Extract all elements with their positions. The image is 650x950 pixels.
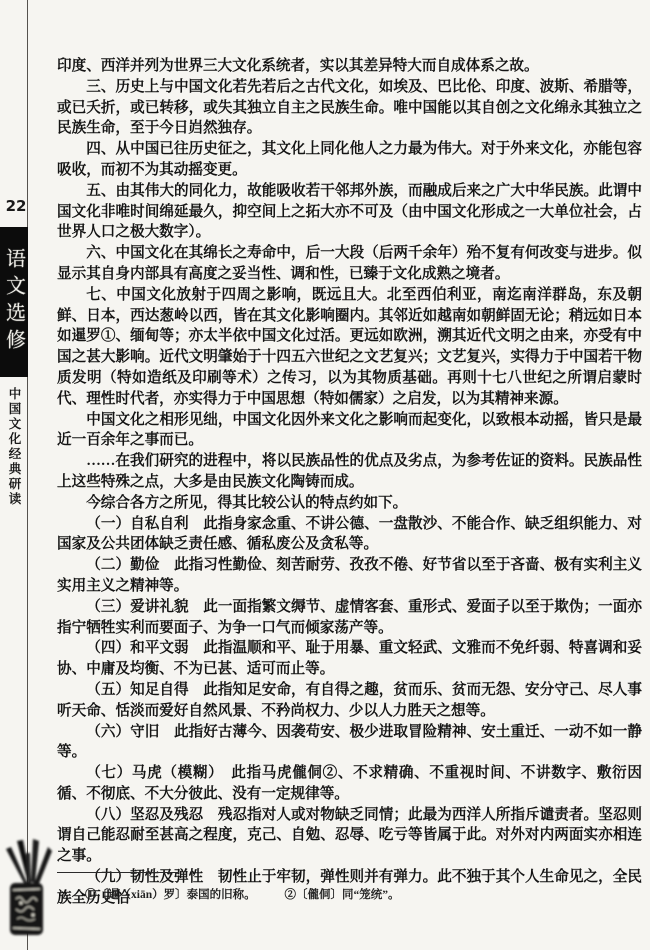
paragraph: 七、中国文化放射于四周之影响，既远且大。北至西伯利亚，南迄南洋群岛，东及朝鲜、日… <box>57 285 642 410</box>
paragraph: 四、从中国已往历史征之，其文化上同化他人之力最为伟大。对于外来文化，亦能包容吸收… <box>57 139 642 181</box>
footnote-2: ②〔儱侗〕同“笼统”。 <box>284 889 399 901</box>
list-item-paragraph: （七）马虎（模糊） 此指马虎儱侗②、不求精确、不重视时间、不讲数字、敷衍因循、不… <box>57 763 642 805</box>
body-text: 印度、西洋并列为世界三大文化系统者，实以其差异特大而自成体系之故。 三、历史上与… <box>57 56 642 909</box>
series-title-vertical-text: 语文选修 <box>0 248 29 356</box>
book-title-vertical-text: 中国文化经典研读 <box>0 384 28 510</box>
paragraph: 印度、西洋并列为世界三大文化系统者，实以其差异特大而自成体系之故。 <box>57 56 642 77</box>
brush-pot-illustration-icon <box>0 833 54 941</box>
footnote-1: ①〔暹（xiān）罗〕泰国的旧称。 <box>85 889 256 901</box>
list-item-paragraph: （六）守旧 此指好古薄今、因袭苟安、极少进取冒险精神、安土重迁、一动不如一静等。 <box>57 722 642 764</box>
scanned-textbook-page: 22 语文选修 中国文化经典研读 <box>0 0 650 950</box>
list-item-paragraph: （三）爱讲礼貌 此一面指繁文缛节、虚情客套、重形式、爱面子以至于欺伪；一面亦指宁… <box>57 597 642 639</box>
series-title-box: 语文选修 <box>0 227 28 377</box>
paragraph: 三、历史上与中国文化若先若后之古代文化，如埃及、巴比伦、印度、波斯、希腊等，或已… <box>57 77 642 139</box>
footnote-separator-rule <box>57 872 179 873</box>
page-number: 22 <box>5 197 27 215</box>
list-item-paragraph: （一）自私自利 此指身家念重、不讲公德、一盘散沙、不能合作、缺乏组织能力、对国家… <box>57 514 642 556</box>
list-item-paragraph: （四）和平文弱 此指温顺和平、耻于用暴、重文轻武、文雅而不免纤弱、特喜调和妥协、… <box>57 638 642 680</box>
paragraph: 今综合各方之所见，得其比较公认的特点约如下。 <box>57 493 642 514</box>
footnotes: ①〔暹（xiān）罗〕泰国的旧称。 ②〔儱侗〕同“笼统”。 <box>85 886 625 902</box>
list-item-paragraph: （八）坚忍及残忍 残忍指对人或对物缺乏同情；此最为西洋人所指斥谴责者。坚忍则谓自… <box>57 805 642 867</box>
paragraph: 五、由其伟大的同化力，故能吸收若干邻邦外族，而融成后来之广大中华民族。此谓中国文… <box>57 181 642 243</box>
list-item-paragraph: （五）知足自得 此指知足安命，有自得之趣，贫而乐、贫而无怨、安分守己、尽人事听天… <box>57 680 642 722</box>
paragraph: ……在我们研究的进程中，将以民族品性的优点及劣点，为参考佐证的资料。民族品性上这… <box>57 451 642 493</box>
list-item-paragraph: （二）勤俭 此指习性勤俭、刻苦耐劳、孜孜不倦、好节省以至于吝啬、极有实利主义实用… <box>57 555 642 597</box>
paragraph: 六、中国文化在其绵长之寿命中，后一大段（后两千余年）殆不复有何改变与进步。似显示… <box>57 243 642 285</box>
paragraph: 中国文化之相形见绌，中国文化因外来文化之影响而起变化，以致根本动摇，皆只是最近一… <box>57 410 642 452</box>
